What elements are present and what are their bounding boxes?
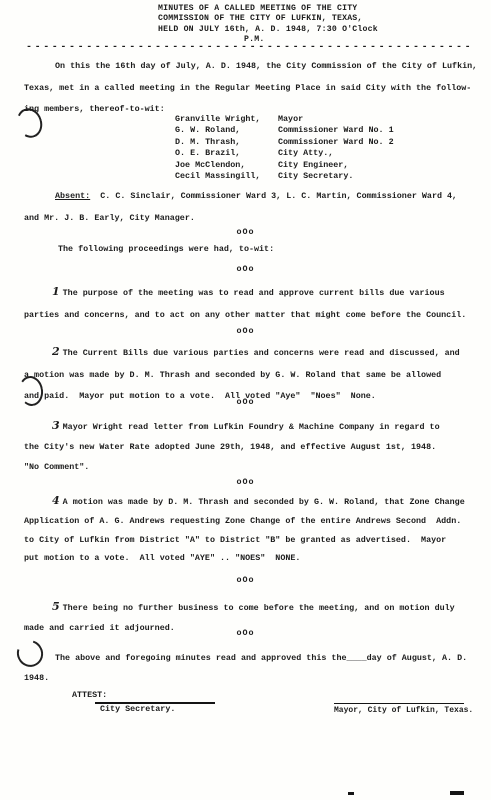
- paragraph-number: 4: [52, 494, 60, 507]
- approval-paragraph: The above and foregoing minutes read and…: [24, 648, 467, 688]
- intro-line: On this the 16th day of July, A. D. 1948…: [55, 61, 477, 71]
- paragraph-line: There being no further business to come …: [63, 603, 455, 613]
- attendee-list: Granville Wright,Mayor G. W. Roland,Comm…: [175, 114, 394, 182]
- secretary-signature-label: City Secretary.: [100, 704, 175, 714]
- paragraph-line: Application of A. G. Andrews requesting …: [24, 512, 465, 531]
- proceedings-line: The following proceedings were had, to-w…: [58, 244, 274, 254]
- intro-line: Texas, met in a called meeting in the Re…: [24, 78, 477, 100]
- attendee-row: Joe McClendon,City Engineer,: [175, 160, 394, 171]
- attendee-name: D. M. Thrash,: [175, 137, 278, 148]
- paragraph-line: Mayor Wright read letter from Lufkin Fou…: [63, 422, 440, 432]
- intro-paragraph: On this the 16th day of July, A. D. 1948…: [24, 56, 477, 121]
- attendee-name: Cecil Massingill,: [175, 171, 278, 182]
- paragraph-line: A motion was made by D. M. Thrash and se…: [63, 497, 465, 507]
- attendee-row: G. W. Roland,Commissioner Ward No. 1: [175, 125, 394, 136]
- dashed-divider: ----------------------------------------…: [26, 43, 474, 53]
- absent-label: Absent:: [55, 191, 90, 201]
- attendee-name: O. E. Brazil,: [175, 148, 278, 159]
- approval-line: 1948.: [24, 668, 467, 688]
- document-header: MINUTES OF A CALLED MEETING OF THE CITY …: [158, 4, 378, 46]
- paragraph-line: The Current Bills due various parties an…: [63, 348, 460, 358]
- paragraph-line: to City of Lufkin from District "A" to D…: [24, 531, 465, 550]
- attendee-row: D. M. Thrash,Commissioner Ward No. 2: [175, 137, 394, 148]
- ooo-separator: oOo: [0, 477, 491, 487]
- header-line-1: MINUTES OF A CALLED MEETING OF THE CITY: [158, 4, 378, 14]
- paragraph-line: The purpose of the meeting was to read a…: [63, 288, 445, 298]
- paragraph-line: a motion was made by D. M. Thrash and se…: [24, 365, 460, 387]
- attendee-row: Granville Wright,Mayor: [175, 114, 394, 125]
- scan-artifact-mark: [348, 792, 354, 795]
- paragraph-4: 4A motion was made by D. M. Thrash and s…: [24, 493, 465, 568]
- attendee-name: Granville Wright,: [175, 114, 278, 125]
- ooo-separator: oOo: [0, 397, 491, 407]
- attest-label: ATTEST:: [72, 690, 107, 700]
- absent-line: C. C. Sinclair, Commissioner Ward 3, L. …: [90, 191, 457, 201]
- attendee-name: Joe McClendon,: [175, 160, 278, 171]
- ooo-separator: oOo: [0, 264, 491, 274]
- meeting-minutes-scan-page: MINUTES OF A CALLED MEETING OF THE CITY …: [0, 0, 491, 800]
- paragraph-line: the City's new Water Rate adopted June 2…: [24, 437, 440, 457]
- paragraph-number: 3: [52, 419, 60, 432]
- attendee-title: Commissioner Ward No. 2: [278, 137, 394, 147]
- attendee-title: City Atty.,: [278, 148, 333, 158]
- ooo-separator: oOo: [0, 628, 491, 638]
- mayor-signature-label: Mayor, City of Lufkin, Texas.: [334, 706, 473, 715]
- mayor-signature-line: [334, 703, 464, 704]
- header-line-3: HELD ON JULY 16th, A. D. 1948, 7:30 O'Cl…: [158, 25, 378, 35]
- paragraph-3: 3Mayor Wright read letter from Lufkin Fo…: [24, 417, 440, 477]
- paragraph-number: 5: [52, 600, 60, 613]
- ooo-separator: oOo: [0, 227, 491, 237]
- approval-line: The above and foregoing minutes read and…: [55, 653, 467, 663]
- attendee-title: Commissioner Ward No. 1: [278, 125, 394, 135]
- attendee-title: Mayor: [278, 114, 303, 124]
- attendee-title: City Secretary.: [278, 171, 353, 181]
- absent-paragraph: Absent: C. C. Sinclair, Commissioner War…: [24, 186, 457, 229]
- paragraph-line: parties and concerns, and to act on any …: [24, 304, 466, 326]
- attendee-row: O. E. Brazil,City Atty.,: [175, 148, 394, 159]
- paragraph-line: "No Comment".: [24, 457, 440, 477]
- paragraph-number: 2: [52, 345, 60, 358]
- paragraph-number: 1: [52, 285, 60, 298]
- attendee-title: City Engineer,: [278, 160, 348, 170]
- absent-line: and Mr. J. B. Early, City Manager.: [24, 208, 457, 230]
- ooo-separator: oOo: [0, 575, 491, 585]
- paragraph-line: put motion to a vote. All voted "AYE" ..…: [24, 549, 465, 568]
- attendee-row: Cecil Massingill,City Secretary.: [175, 171, 394, 182]
- ooo-separator: oOo: [0, 326, 491, 336]
- paragraph-1: 1The purpose of the meeting was to read …: [24, 282, 466, 326]
- scan-artifact-mark: [450, 791, 464, 795]
- attendee-name: G. W. Roland,: [175, 125, 278, 136]
- header-line-2: COMMISSION OF THE CITY OF LUFKIN, TEXAS,: [158, 14, 378, 24]
